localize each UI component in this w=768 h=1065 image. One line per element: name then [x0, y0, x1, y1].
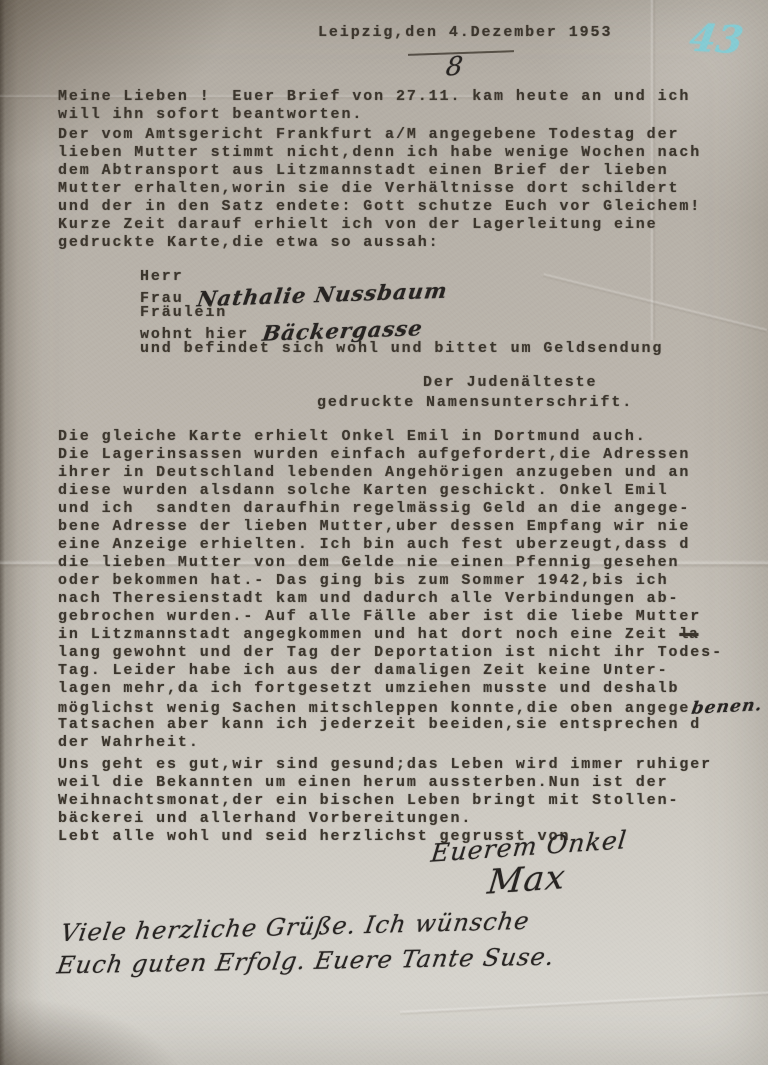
- page-number: 8: [444, 51, 465, 82]
- card-footer-namensunterschrift: gedruckte Namensunterschrift.: [317, 394, 633, 412]
- paragraph-karte-a: Die gleiche Karte erhielt Onkel Emil in …: [58, 428, 701, 626]
- line-zeit-text: in Litzmannstadt angegkommen und hat dor…: [58, 626, 679, 643]
- dateline: Leipzig,den 4.Dezember 1953: [318, 24, 612, 42]
- paragraph-todestag: Der vom Amtsgericht Frankfurt a/M angege…: [58, 126, 701, 252]
- handwritten-correction: benen.: [691, 696, 765, 718]
- line-angege: möglichst wenig Sachen mitschleppen konn…: [58, 698, 762, 718]
- card-line-fraeulein: Fräulein: [140, 304, 227, 322]
- paragraph-schluss: Uns geht es gut,wir sind gesund;das Lebe…: [58, 756, 712, 828]
- scanned-letter-photo: 43 Leipzig,den 4.Dezember 1953 8 Meine L…: [0, 0, 768, 1065]
- line-zeit: in Litzmannstadt angegkommen und hat dor…: [58, 626, 698, 644]
- paragraph-karte-b: lang gewohnt und der Tag der Deportation…: [58, 644, 723, 698]
- paragraph-karte-c: Tatsachen aber kann ich jederzeit beeide…: [58, 716, 701, 752]
- signature-line2: Max: [485, 857, 567, 902]
- paragraph-intro: Meine Lieben ! Euer Brief von 27.11. kam…: [58, 88, 690, 124]
- archive-corner-number: 43: [686, 15, 746, 62]
- card-line-befindet: und befindet sich wohl und bittet um Gel…: [140, 340, 663, 358]
- struck-out-word: la: [679, 626, 698, 643]
- card-line-herr: Herr: [140, 268, 184, 286]
- card-footer-judenaelteste: Der Judenälteste: [423, 374, 597, 392]
- line-angege-text: möglichst wenig Sachen mitschleppen konn…: [58, 700, 690, 717]
- card-handwritten-name: Nathalie Nussbaum: [196, 282, 449, 309]
